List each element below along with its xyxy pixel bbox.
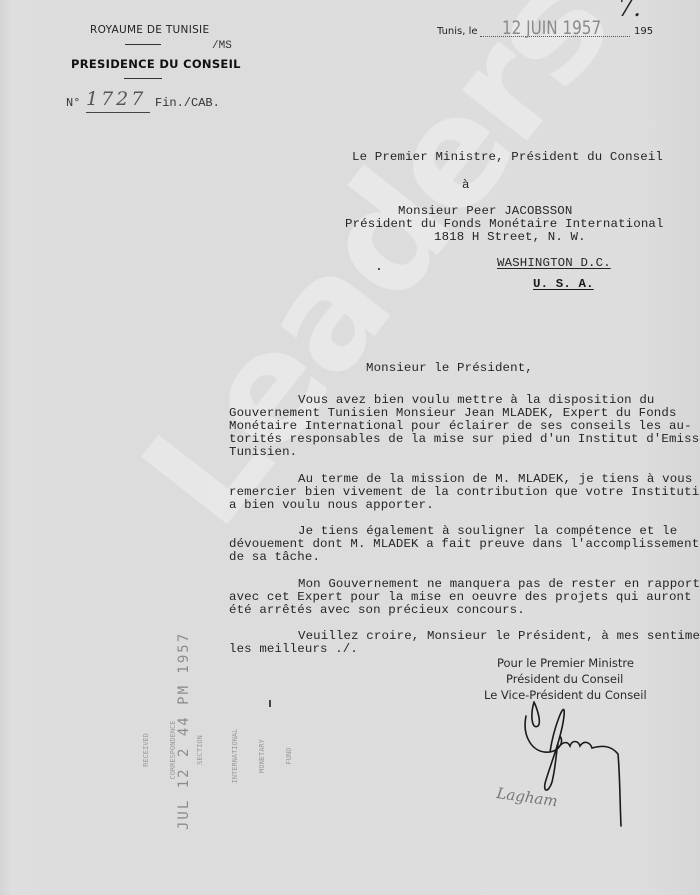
salutation: Monsieur le Président, bbox=[366, 361, 533, 375]
signature-line-2: Président du Conseil bbox=[506, 672, 623, 686]
received-date-stamp: JUL 12 2 44 PM 1957 bbox=[176, 632, 192, 830]
body-line: a bien voulu nous apporter. bbox=[229, 498, 434, 512]
body-line: de sa tâche. bbox=[229, 550, 320, 564]
date-stamp: 12 JUIN 1957 bbox=[502, 17, 601, 39]
body-line: été arrêtés avec son précieux concours. bbox=[229, 603, 525, 617]
dateline-year-prefix: 195 bbox=[634, 26, 653, 37]
stray-mark bbox=[378, 268, 380, 270]
body-line: remercier bien vivement de la contributi… bbox=[229, 485, 700, 499]
body-line: Monétaire International pour éclairer de… bbox=[229, 419, 692, 433]
recipient-city: WASHINGTON D.C. bbox=[497, 256, 611, 270]
recipient-title: Président du Fonds Monétaire Internation… bbox=[345, 217, 664, 231]
recipient-name: Monsieur Peer JACOBSSON bbox=[398, 204, 572, 218]
sender-to: à bbox=[462, 178, 470, 192]
letterhead-divider bbox=[125, 44, 161, 45]
letterhead-divider bbox=[124, 78, 162, 79]
body-line: Mon Gouvernement ne manquera pas de rest… bbox=[298, 577, 700, 591]
reference-number-value: 1727 bbox=[86, 88, 146, 110]
dateline-place: Tunis, le bbox=[437, 26, 478, 37]
received-stamp-line: RECEIVED bbox=[142, 710, 151, 790]
body-line: dévouement dont M. MLADEK a fait preuve … bbox=[229, 537, 699, 551]
recipient-country: U. S. A. bbox=[533, 277, 594, 291]
body-line: Gouvernement Tunisien Monsieur Jean MLAD… bbox=[229, 406, 677, 420]
letter-page: Leaders ROYAUME DE TUNISIE /MS PRESIDENC… bbox=[0, 0, 700, 895]
reference-number-underline bbox=[86, 112, 150, 113]
fund-stamp: INTERNATIONAL MONETARY FUND bbox=[213, 716, 312, 796]
fund-stamp-line: FUND bbox=[285, 716, 294, 796]
received-stamp-line: SECTION bbox=[196, 710, 205, 790]
handwritten-mark: 7. bbox=[618, 0, 641, 22]
fund-stamp-line: MONETARY bbox=[258, 716, 267, 796]
fund-stamp-line: INTERNATIONAL bbox=[231, 716, 240, 796]
body-line: Veuillez croire, Monsieur le Président, … bbox=[298, 629, 700, 643]
body-line: Tunisien. bbox=[229, 445, 297, 459]
body-line: Vous avez bien voulu mettre à la disposi… bbox=[298, 393, 655, 407]
received-stamp: RECEIVED CORRESPONDENCE SECTION bbox=[124, 710, 223, 790]
reference-number-label: N° bbox=[66, 96, 80, 110]
body-line: Au terme de la mission de M. MLADEK, je … bbox=[298, 472, 692, 486]
body-line: Je tiens également à souligner la compét… bbox=[298, 524, 677, 538]
reference-number-suffix: Fin./CAB. bbox=[155, 96, 220, 110]
letterhead-ms-reference: /MS bbox=[212, 40, 232, 52]
recipient-street: 1818 H Street, N. W. bbox=[434, 230, 586, 244]
body-line: torités responsables de la mise sur pied… bbox=[229, 432, 700, 446]
letterhead-office: PRESIDENCE DU CONSEIL bbox=[71, 57, 241, 71]
body-line: les meilleurs ./. bbox=[229, 642, 358, 656]
letterhead-kingdom: ROYAUME DE TUNISIE bbox=[90, 24, 209, 36]
stray-mark bbox=[269, 700, 271, 707]
handwritten-signature-icon bbox=[520, 696, 640, 828]
signature-line-1: Pour le Premier Ministre bbox=[497, 656, 634, 670]
sender-line: Le Premier Ministre, Président du Consei… bbox=[352, 150, 663, 164]
body-line: avec cet Expert pour la mise en oeuvre d… bbox=[229, 590, 692, 604]
